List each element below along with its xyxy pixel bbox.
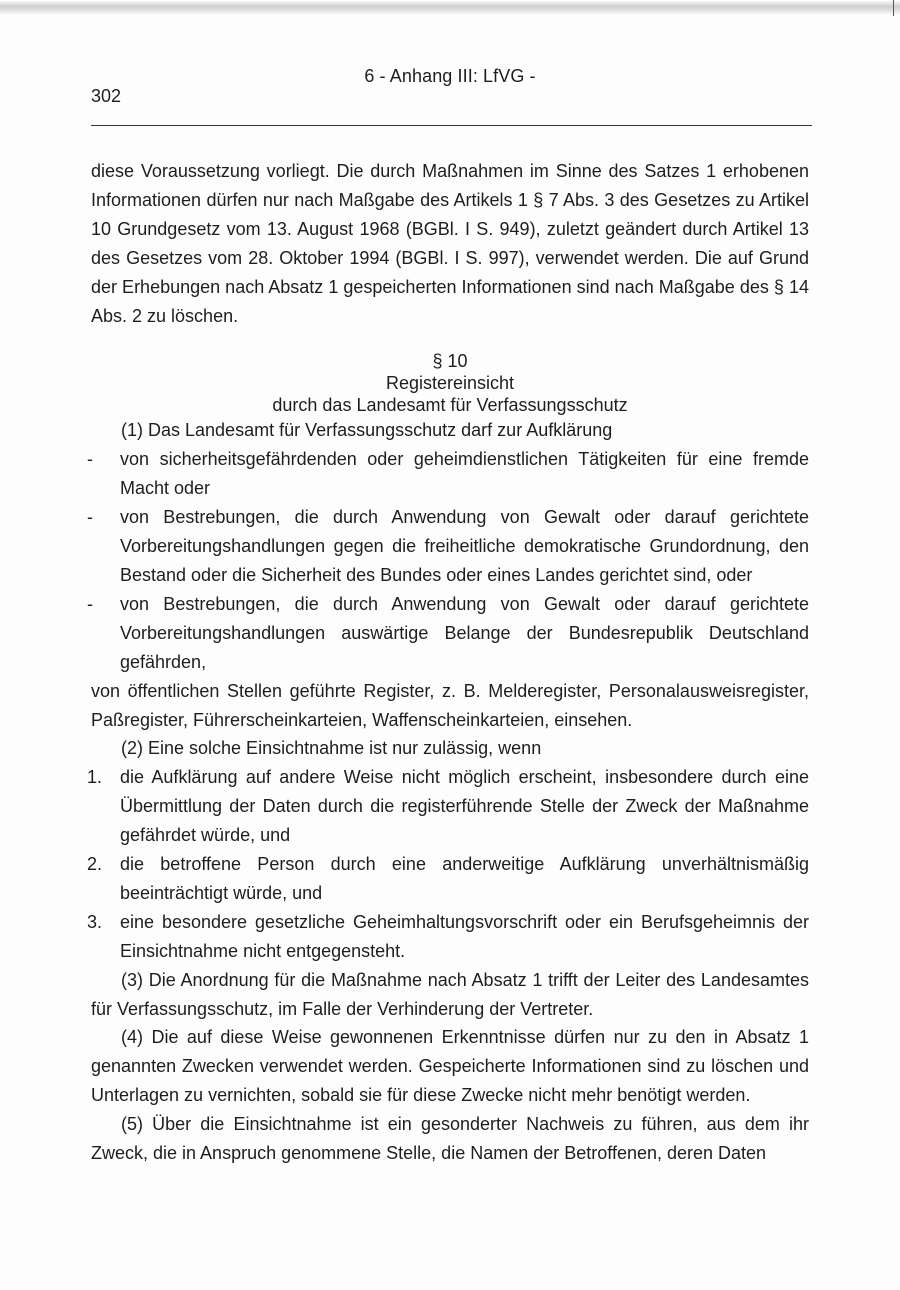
list-item-text: die betroffene Person durch eine anderwe… [120,854,809,903]
list-marker: - [87,445,93,474]
list-item-text: von Bestrebungen, die durch Anwendung vo… [120,507,809,585]
list-item: - von Bestrebungen, die durch Anwendung … [91,590,809,677]
header-rule [91,125,812,126]
list-marker: - [87,590,93,619]
list-item: 1. die Aufklärung auf andere Weise nicht… [91,763,809,850]
section-subtitle: durch das Landesamt für Verfassungsschut… [91,394,809,416]
scan-edge-shadow [0,0,900,14]
paragraph-2-intro: (2) Eine solche Einsichtnahme ist nur zu… [91,734,809,763]
continuation-paragraph: diese Voraussetzung vorliegt. Die durch … [91,157,809,330]
section-heading: § 10 Registereinsicht durch das Landesam… [91,350,809,416]
section-title: Registereinsicht [91,372,809,394]
list-marker: 1. [87,763,102,792]
section-number: § 10 [91,350,809,372]
running-head: 6 - Anhang III: LfVG - [0,66,900,87]
list-marker: 3. [87,908,102,937]
scan-edge-mark [893,0,894,16]
list-item-text: von sicherheitsgefährdenden oder geheimd… [120,449,809,498]
list-item: 2. die betroffene Person durch eine ande… [91,850,809,908]
paragraph-1-intro: (1) Das Landesamt für Verfassungsschutz … [91,416,809,445]
page-number: 302 [91,86,121,107]
list-marker: - [87,503,93,532]
paragraph-3: (3) Die Anordnung für die Maßnahme nach … [91,966,809,1024]
paragraph-5: (5) Über die Einsichtnahme ist ein geson… [91,1110,809,1168]
list-item: - von Bestrebungen, die durch Anwendung … [91,503,809,590]
paragraph-1-closing: von öffentlichen Stellen geführte Regist… [91,677,809,735]
list-item-text: eine besondere gesetzliche Geheimhaltung… [120,912,809,961]
page-body: diese Voraussetzung vorliegt. Die durch … [91,157,809,1168]
list-item: 3. eine besondere gesetzliche Geheimhalt… [91,908,809,966]
list-marker: 2. [87,850,102,879]
paragraph-4: (4) Die auf diese Weise gewonnenen Erken… [91,1023,809,1110]
list-item-text: die Aufklärung auf andere Weise nicht mö… [120,767,809,845]
list-item-text: von Bestrebungen, die durch Anwendung vo… [120,594,809,672]
list-item: - von sicherheitsgefährdenden oder gehei… [91,445,809,503]
